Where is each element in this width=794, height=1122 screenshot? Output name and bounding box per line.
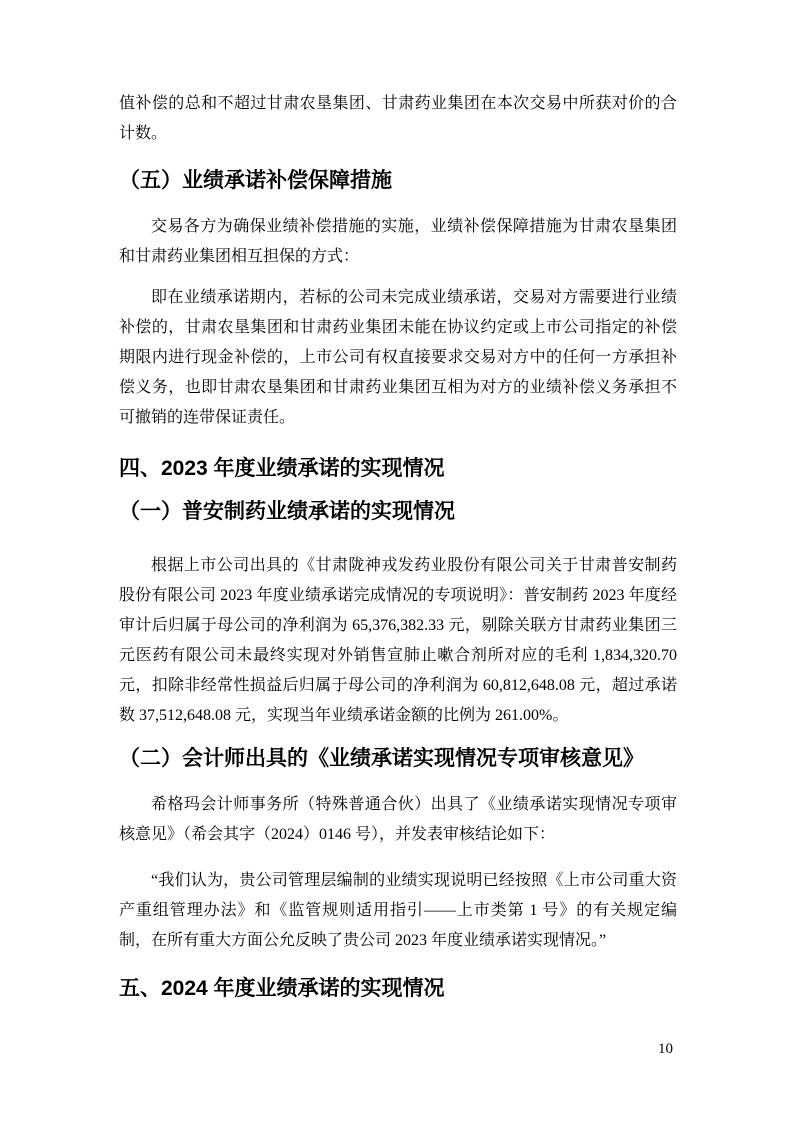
document-page: 值补偿的总和不超过甘肃农垦集团、甘肃药业集团在本次交易中所获对价的合计数。 （五… — [0, 0, 794, 1122]
body-paragraph: 根据上市公司出具的《甘肃陇神戎发药业股份有限公司关于甘肃普安制药股份有限公司 2… — [119, 551, 677, 731]
body-paragraph: 希格玛会计师事务所（特殊普通合伙）出具了《业绩承诺实现情况专项审核意见》（希会其… — [119, 790, 677, 850]
page-content: 值补偿的总和不超过甘肃农垦集团、甘肃药业集团在本次交易中所获对价的合计数。 （五… — [119, 89, 677, 1005]
chapter-heading-five: 五、2024 年度业绩承诺的实现情况 — [119, 973, 677, 1005]
page-number: 10 — [658, 1040, 673, 1058]
body-paragraph: 即在业绩承诺期内，若标的公司未完成业绩承诺，交易对方需要进行业绩补偿的，甘肃农垦… — [119, 283, 677, 433]
body-paragraph: 交易各方为确保业绩补偿措施的实施，业绩补偿保障措施为甘肃农垦集团和甘肃药业集团相… — [119, 212, 677, 272]
subsection-heading-two: （二）会计师出具的《业绩承诺实现情况专项审核意见》 — [119, 743, 677, 775]
body-paragraph-continuation: 值补偿的总和不超过甘肃农垦集团、甘肃药业集团在本次交易中所获对价的合计数。 — [119, 89, 677, 149]
chapter-heading-four: 四、2023 年度业绩承诺的实现情况 — [119, 453, 677, 485]
body-paragraph-auditor-quote: “我们认为，贵公司管理层编制的业绩实现说明已经按照《上市公司重大资产重组管理办法… — [119, 866, 677, 956]
subsection-heading-one: （一）普安制药业绩承诺的实现情况 — [119, 496, 677, 528]
subsection-heading-five: （五）业绩承诺补偿保障措施 — [119, 165, 677, 197]
